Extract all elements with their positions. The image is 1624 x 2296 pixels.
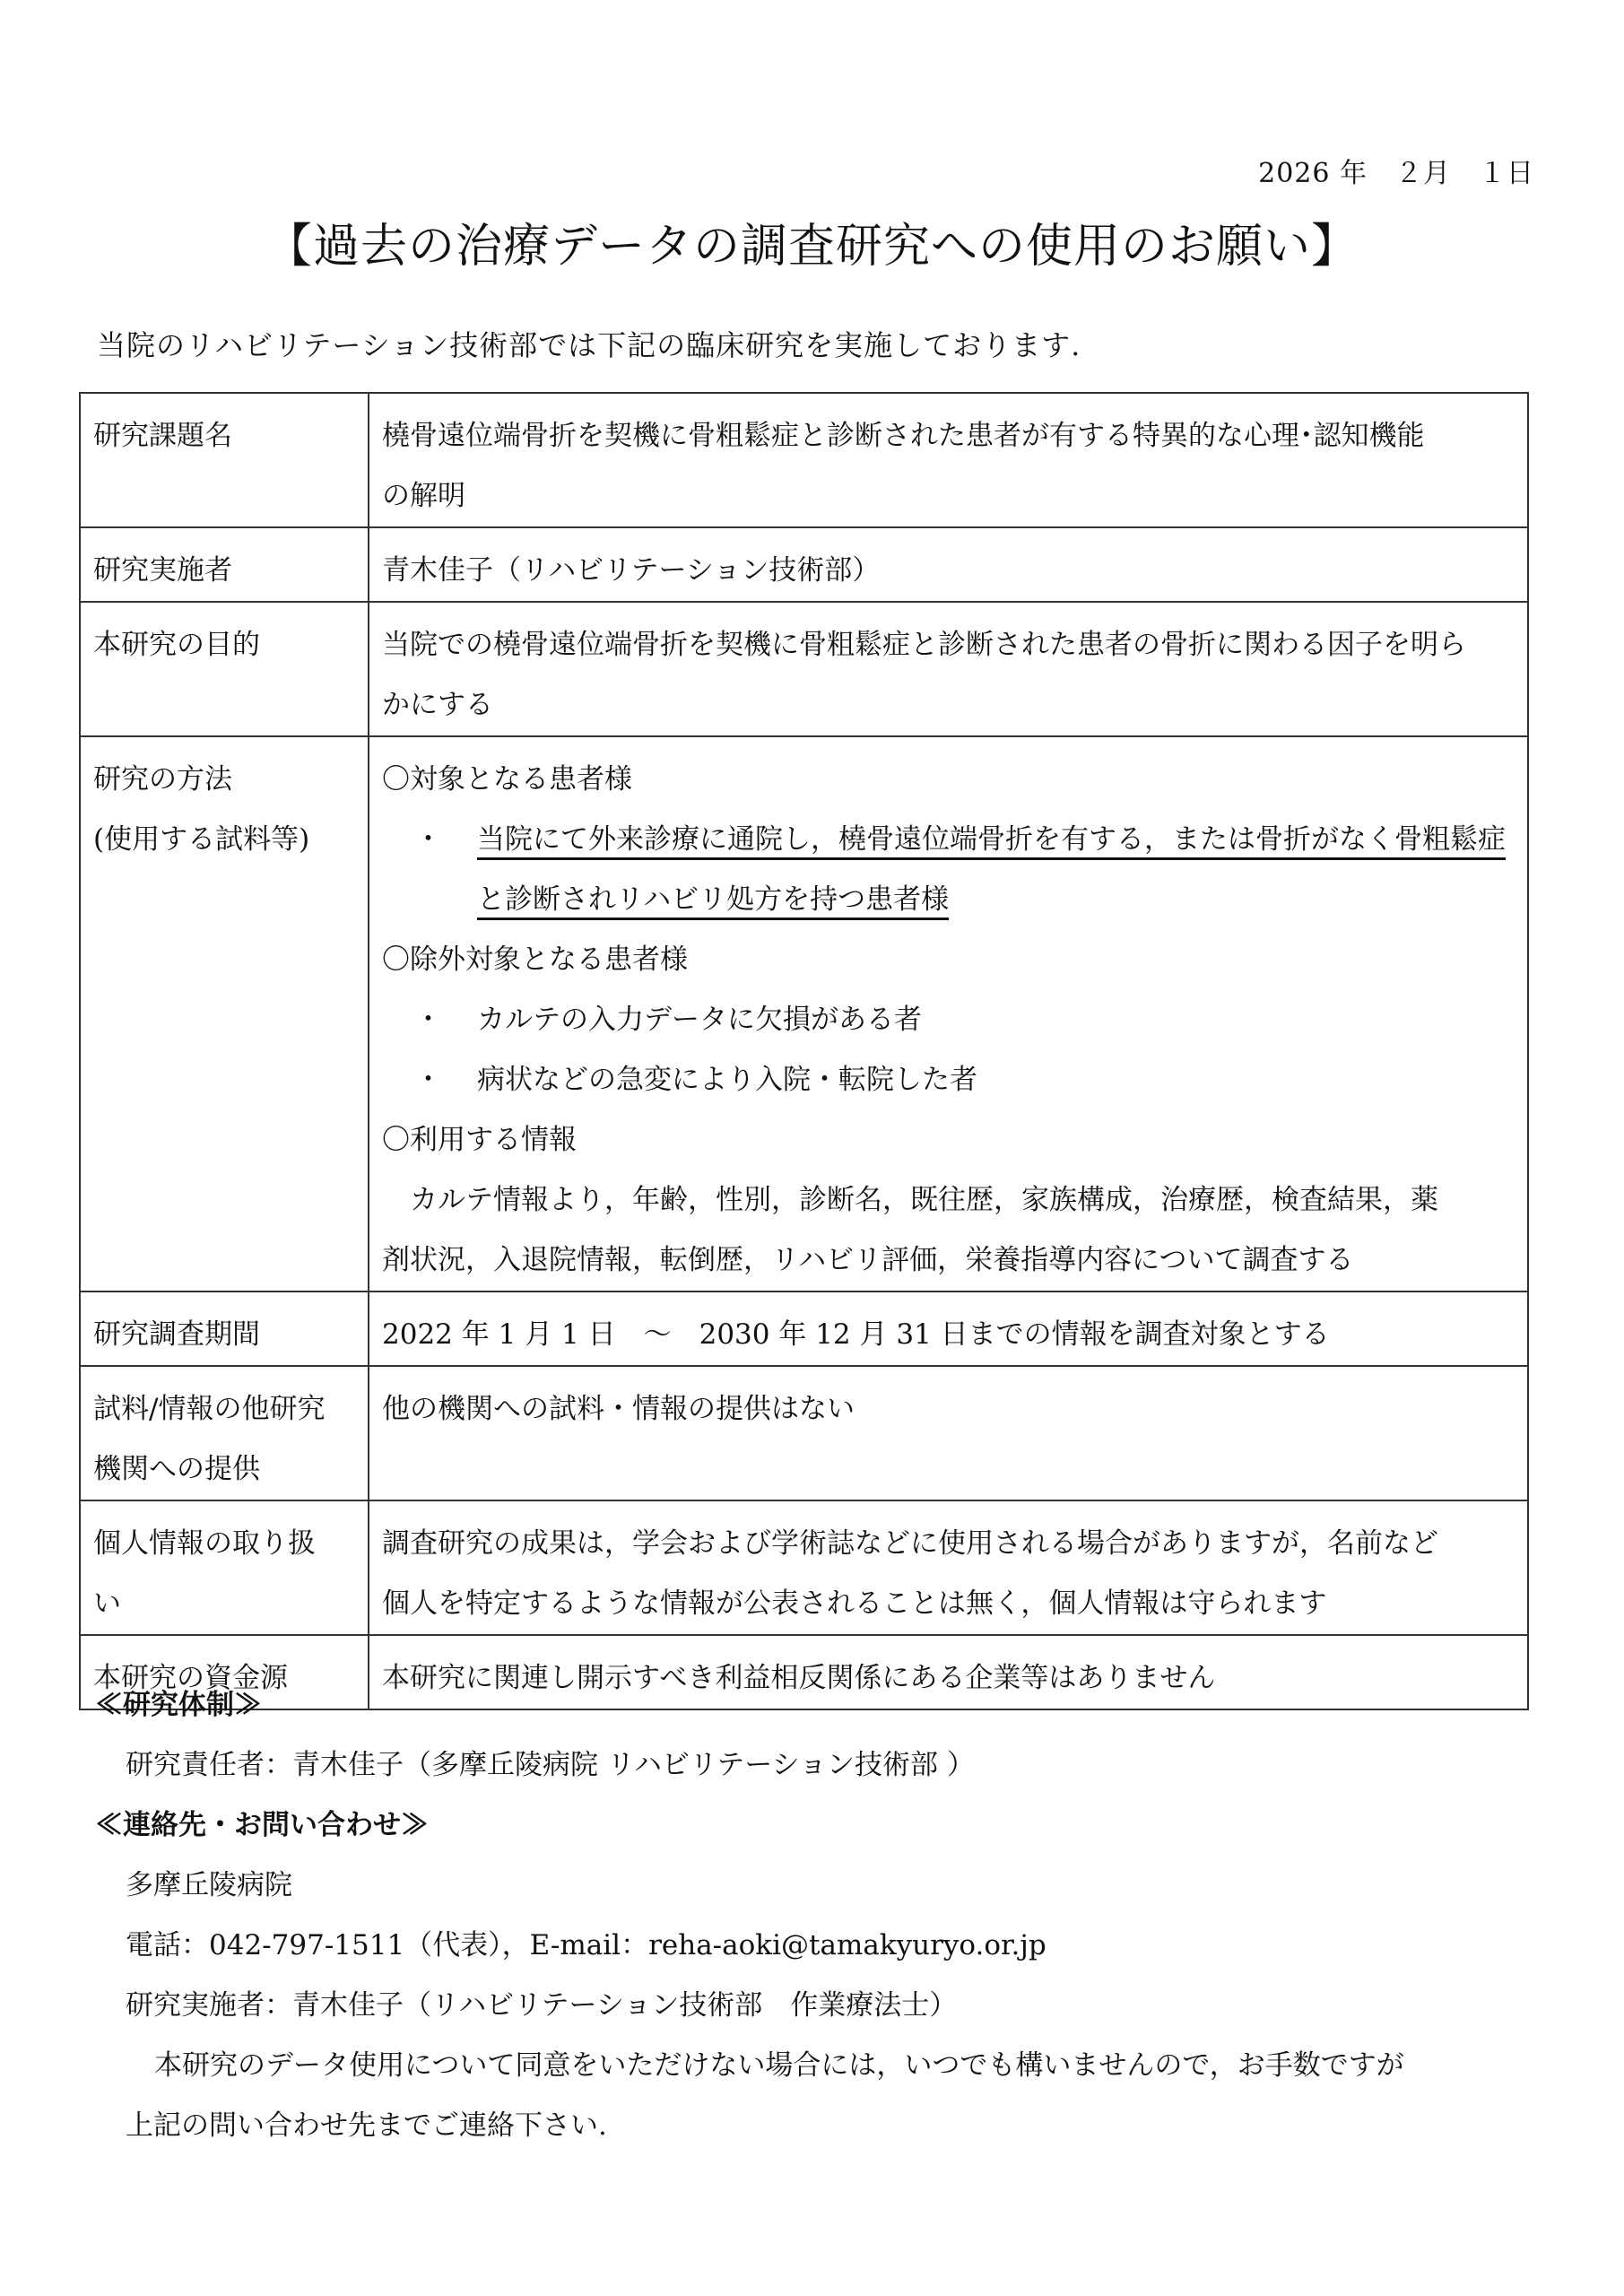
table-row-method: 研究の方法 (使用する試料等) 〇対象となる患者様 ・当院にて外来診療に通院し，… <box>80 736 1528 1291</box>
value-line: 個人を特定するような情報が公表されることは無く，個人情報は守られます <box>382 1574 1515 1634</box>
row-value: 他の機関への試料・情報の提供はない <box>369 1366 1528 1500</box>
row-value: 2022 年 1 月 1 日 ～ 2030 年 12 月 31 日までの情報を調… <box>369 1291 1528 1366</box>
exclusion-item: ・カルテの入力データに欠損がある者 <box>382 990 1515 1050</box>
label-line: (使用する試料等) <box>93 810 355 870</box>
bullet-icon: ・ <box>414 990 477 1050</box>
label-line: 試料/情報の他研究 <box>93 1379 355 1439</box>
row-label: 個人情報の取り扱 い <box>80 1500 369 1635</box>
label-line: 機関への提供 <box>93 1439 355 1500</box>
row-label: 研究課題名 <box>80 393 369 527</box>
responsible-person: 研究責任者：青木佳子（多摩丘陵病院 リハビリテーション技術部 ） <box>97 1735 1404 1796</box>
target-line: と診断されリハビリ処方を持つ患者様 <box>477 883 949 916</box>
value-line: 調査研究の成果は，学会および学術誌などに使用される場合がありますが，名前など <box>382 1514 1515 1574</box>
exclusion-text: カルテの入力データに欠損がある者 <box>477 1004 922 1036</box>
notice-line: 上記の問い合わせ先までご連絡下さい. <box>97 2096 1404 2156</box>
target-heading: 〇対象となる患者様 <box>382 750 1515 810</box>
label-line: 研究の方法 <box>93 750 355 810</box>
info-line: カルテ情報より，年齢，性別，診断名，既往歴，家族構成，治療歴，検査結果，薬 <box>382 1170 1515 1231</box>
exclusion-text: 病状などの急変により入院・転院した者 <box>477 1064 977 1096</box>
exclusion-item: ・病状などの急変により入院・転院した者 <box>382 1050 1515 1110</box>
target-item: ・当院にて外来診療に通院し，橈骨遠位端骨折を有する，または骨折がなく骨粗鬆症 <box>382 810 1515 870</box>
row-value: 青木佳子（リハビリテーション技術部） <box>369 527 1528 602</box>
row-value: 橈骨遠位端骨折を契機に骨粗鬆症と診断された患者が有する特異的な心理･認知機能 の… <box>369 393 1528 527</box>
row-label: 試料/情報の他研究 機関への提供 <box>80 1366 369 1500</box>
row-value: 調査研究の成果は，学会および学術誌などに使用される場合がありますが，名前など 個… <box>369 1500 1528 1635</box>
bullet-icon: ・ <box>414 1050 477 1110</box>
table-row-implementer: 研究実施者 青木佳子（リハビリテーション技術部） <box>80 527 1528 602</box>
document-date: 2026 年 ２月 １日 <box>1258 151 1534 190</box>
table-row-provision: 試料/情報の他研究 機関への提供 他の機関への試料・情報の提供はない <box>80 1366 1528 1500</box>
label-line: 個人情報の取り扱 <box>93 1514 355 1574</box>
row-label: 本研究の目的 <box>80 602 369 736</box>
phone-email[interactable]: 電話：042-797-1511（代表），E-mail：reha-aoki@tam… <box>97 1916 1404 1976</box>
table-row-title: 研究課題名 橈骨遠位端骨折を契機に骨粗鬆症と診断された患者が有する特異的な心理･… <box>80 393 1528 527</box>
value-line: の解明 <box>382 466 1515 526</box>
notice-line: 本研究のデータ使用について同意をいただけない場合には，いつでも構いませんので，お… <box>97 2036 1404 2096</box>
contact-heading: ≪連絡先・お問い合わせ≫ <box>95 1796 1404 1856</box>
structure-heading: ≪研究体制≫ <box>95 1675 1404 1735</box>
value-line: 橈骨遠位端骨折を契機に骨粗鬆症と診断された患者が有する特異的な心理･認知機能 <box>382 406 1515 466</box>
contact-section: ≪研究体制≫ 研究責任者：青木佳子（多摩丘陵病院 リハビリテーション技術部 ） … <box>97 1675 1404 2156</box>
target-item-cont: と診断されリハビリ処方を持つ患者様 <box>382 870 1515 930</box>
value-line: 当院での橈骨遠位端骨折を契機に骨粗鬆症と診断された患者の骨折に関わる因子を明ら <box>382 615 1515 675</box>
exclusion-heading: 〇除外対象となる患者様 <box>382 930 1515 990</box>
target-line: 当院にて外来診療に通院し，橈骨遠位端骨折を有する，または骨折がなく骨粗鬆症 <box>477 823 1506 856</box>
row-label: 研究調査期間 <box>80 1291 369 1366</box>
value-line: かにする <box>382 675 1515 735</box>
intro-text: 当院のリハビリテーション技術部では下記の臨床研究を実施しております. <box>97 323 1081 364</box>
label-line: い <box>93 1574 355 1634</box>
implementer-contact: 研究実施者：青木佳子（リハビリテーション技術部 作業療法士） <box>97 1976 1404 2036</box>
hospital-name: 多摩丘陵病院 <box>97 1856 1404 1916</box>
document-title: 【過去の治療データの調査研究への使用のお願い】 <box>0 208 1624 275</box>
row-label: 研究の方法 (使用する試料等) <box>80 736 369 1291</box>
study-info-table: 研究課題名 橈骨遠位端骨折を契機に骨粗鬆症と診断された患者が有する特異的な心理･… <box>79 392 1529 1710</box>
row-value: 当院での橈骨遠位端骨折を契機に骨粗鬆症と診断された患者の骨折に関わる因子を明ら … <box>369 602 1528 736</box>
table-row-period: 研究調査期間 2022 年 1 月 1 日 ～ 2030 年 12 月 31 日… <box>80 1291 1528 1366</box>
table-row-privacy: 個人情報の取り扱 い 調査研究の成果は，学会および学術誌などに使用される場合があ… <box>80 1500 1528 1635</box>
info-line: 剤状況，入退院情報，転倒歴，リハビリ評価，栄養指導内容について調査する <box>382 1231 1515 1291</box>
row-value: 〇対象となる患者様 ・当院にて外来診療に通院し，橈骨遠位端骨折を有する，または骨… <box>369 736 1528 1291</box>
info-heading: 〇利用する情報 <box>382 1110 1515 1170</box>
row-label: 研究実施者 <box>80 527 369 602</box>
table-row-purpose: 本研究の目的 当院での橈骨遠位端骨折を契機に骨粗鬆症と診断された患者の骨折に関わ… <box>80 602 1528 736</box>
bullet-icon: ・ <box>414 810 477 870</box>
